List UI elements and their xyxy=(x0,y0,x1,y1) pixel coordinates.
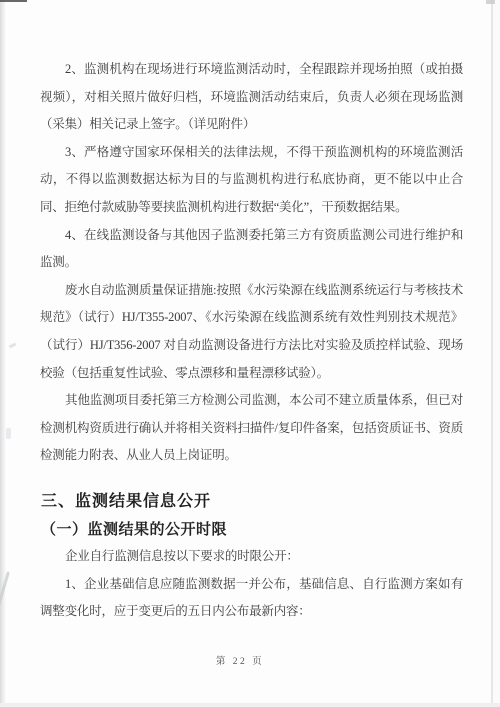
paragraph-item-1: 1、企业基础信息应随监测数据一并公布，基础信息、自行监测方案如有调整变化时，应于… xyxy=(40,571,463,626)
paragraph-item-2: 2、监测机构在现场进行环境监测活动时，全程跟踪并现场拍照（或拍摄视频），对相关照… xyxy=(40,56,463,139)
page-number: 第 22 页 xyxy=(0,653,480,667)
document-body: 2、监测机构在现场进行环境监测活动时，全程跟踪并现场拍照（或拍摄视频），对相关照… xyxy=(40,56,463,626)
subsection-heading-time-limit: （一）监测结果的公开时限 xyxy=(41,516,463,543)
scan-bottom-edge xyxy=(0,703,500,707)
scan-right-margin xyxy=(493,0,500,707)
paragraph-item-3: 3、严格遵守国家环保相关的法律法规，不得干预监测机构的环境监测活动，不得以监测数… xyxy=(40,139,463,222)
paragraph-third-party: 其他监测项目委托第三方检测公司监测，本公司不建立质量体系，但已对检测机构资质进行… xyxy=(40,387,463,470)
scanned-document-page: 2、监测机构在现场进行环境监测活动时，全程跟踪并现场拍照（或拍摄视频），对相关照… xyxy=(0,0,500,707)
scan-top-left-mark xyxy=(0,0,27,2)
scan-smudge xyxy=(9,343,17,349)
paragraph-disclosure-intro: 企业自行监测信息按以下要求的时限公开： xyxy=(40,543,463,571)
scan-top-right-mark xyxy=(486,0,495,4)
paragraph-wastewater-qa: 废水自动监测质量保证措施:按照《水污染源在线监测系统运行与考核技术规范》（试行）… xyxy=(40,277,463,387)
paragraph-item-4: 4、在线监测设备与其他因子监测委托第三方有资质监测公司进行维护和监测。 xyxy=(40,222,463,277)
scan-smudge xyxy=(6,428,11,439)
section-heading-disclosure: 三、监测结果信息公开 xyxy=(41,488,463,515)
scan-right-edge-line xyxy=(491,0,493,707)
scan-smudge xyxy=(0,571,10,606)
